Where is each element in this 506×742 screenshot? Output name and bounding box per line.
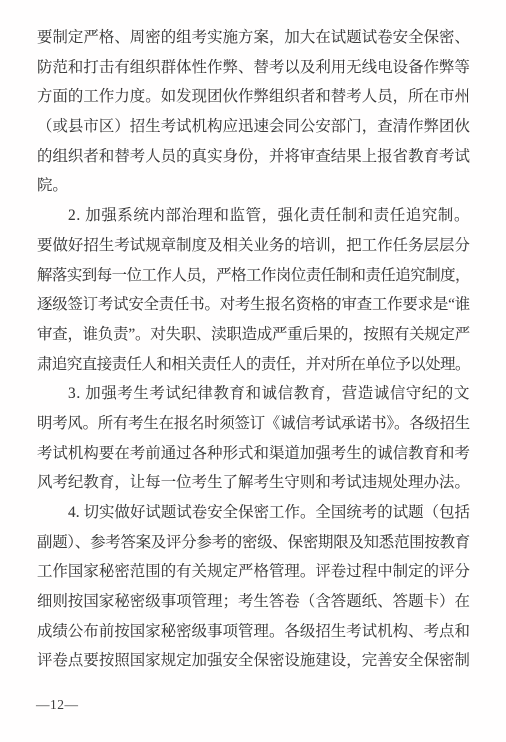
- text-line: 副题）、参考答案及评分参考的密级、保密期限及知悉范围按教育: [37, 528, 470, 558]
- page-number: —12—: [36, 696, 79, 714]
- text-line: 院。: [37, 171, 470, 201]
- text-line: 明考风。所有考生在报名时须签订《诚信考试承诺书》。各级招生: [37, 409, 470, 439]
- text-line: 肃追究直接责任人和相关责任人的责任，并对所在单位予以处理。: [37, 350, 470, 380]
- text-line: 要制定严格、周密的组考实施方案，加大在试题试卷安全保密、: [37, 23, 470, 53]
- text-line: 2. 加强系统内部治理和监管，强化责任制和责任追究制。: [37, 201, 470, 231]
- document-page: 要制定严格、周密的组考实施方案，加大在试题试卷安全保密、防范和打击有组织群体性作…: [0, 0, 506, 742]
- text-line: 方面的工作力度。如发现团伙作弊组织者和替考人员，所在市州: [37, 82, 470, 112]
- text-line: 评卷点要按照国家规定加强安全保密设施建设，完善安全保密制: [37, 646, 470, 676]
- text-line: （或县市区）招生考试机构应迅速会同公安部门，查清作弊团伙: [37, 112, 470, 142]
- text-line: 4. 切实做好试题试卷安全保密工作。全国统考的试题（包括: [37, 498, 470, 528]
- text-line: 考试机构要在考前通过各种形式和渠道加强考生的诚信教育和考: [37, 439, 470, 469]
- text-line: 风考纪教育，让每一位考生了解考生守则和考试违规处理办法。: [37, 468, 470, 498]
- text-line: 解落实到每一位工作人员，严格工作岗位责任制和责任追究制度，: [37, 261, 470, 291]
- text-line: 工作国家秘密范围的有关规定严格管理。评卷过程中制定的评分: [37, 557, 470, 587]
- text-line: 要做好招生考试规章制度及相关业务的培训，把工作任务层层分: [37, 231, 470, 261]
- text-line: 3. 加强考生考试纪律教育和诚信教育，营造诚信守纪的文: [37, 379, 470, 409]
- text-line: 成绩公布前按国家秘密级事项管理。各级招生考试机构、考点和: [37, 617, 470, 647]
- text-line: 防范和打击有组织群体性作弊、替考以及利用无线电设备作弊等: [37, 53, 470, 83]
- text-line: 逐级签订考试安全责任书。对考生报名资格的审查工作要求是“谁: [37, 290, 470, 320]
- text-line: 审查，谁负责”。对失职、渎职造成严重后果的，按照有关规定严: [37, 320, 470, 350]
- text-line: 细则按国家秘密级事项管理；考生答卷（含答题纸、答题卡）在: [37, 587, 470, 617]
- document-body: 要制定严格、周密的组考实施方案，加大在试题试卷安全保密、防范和打击有组织群体性作…: [37, 23, 470, 676]
- text-line: 的组织者和替考人员的真实身份，并将审查结果上报省教育考试: [37, 142, 470, 172]
